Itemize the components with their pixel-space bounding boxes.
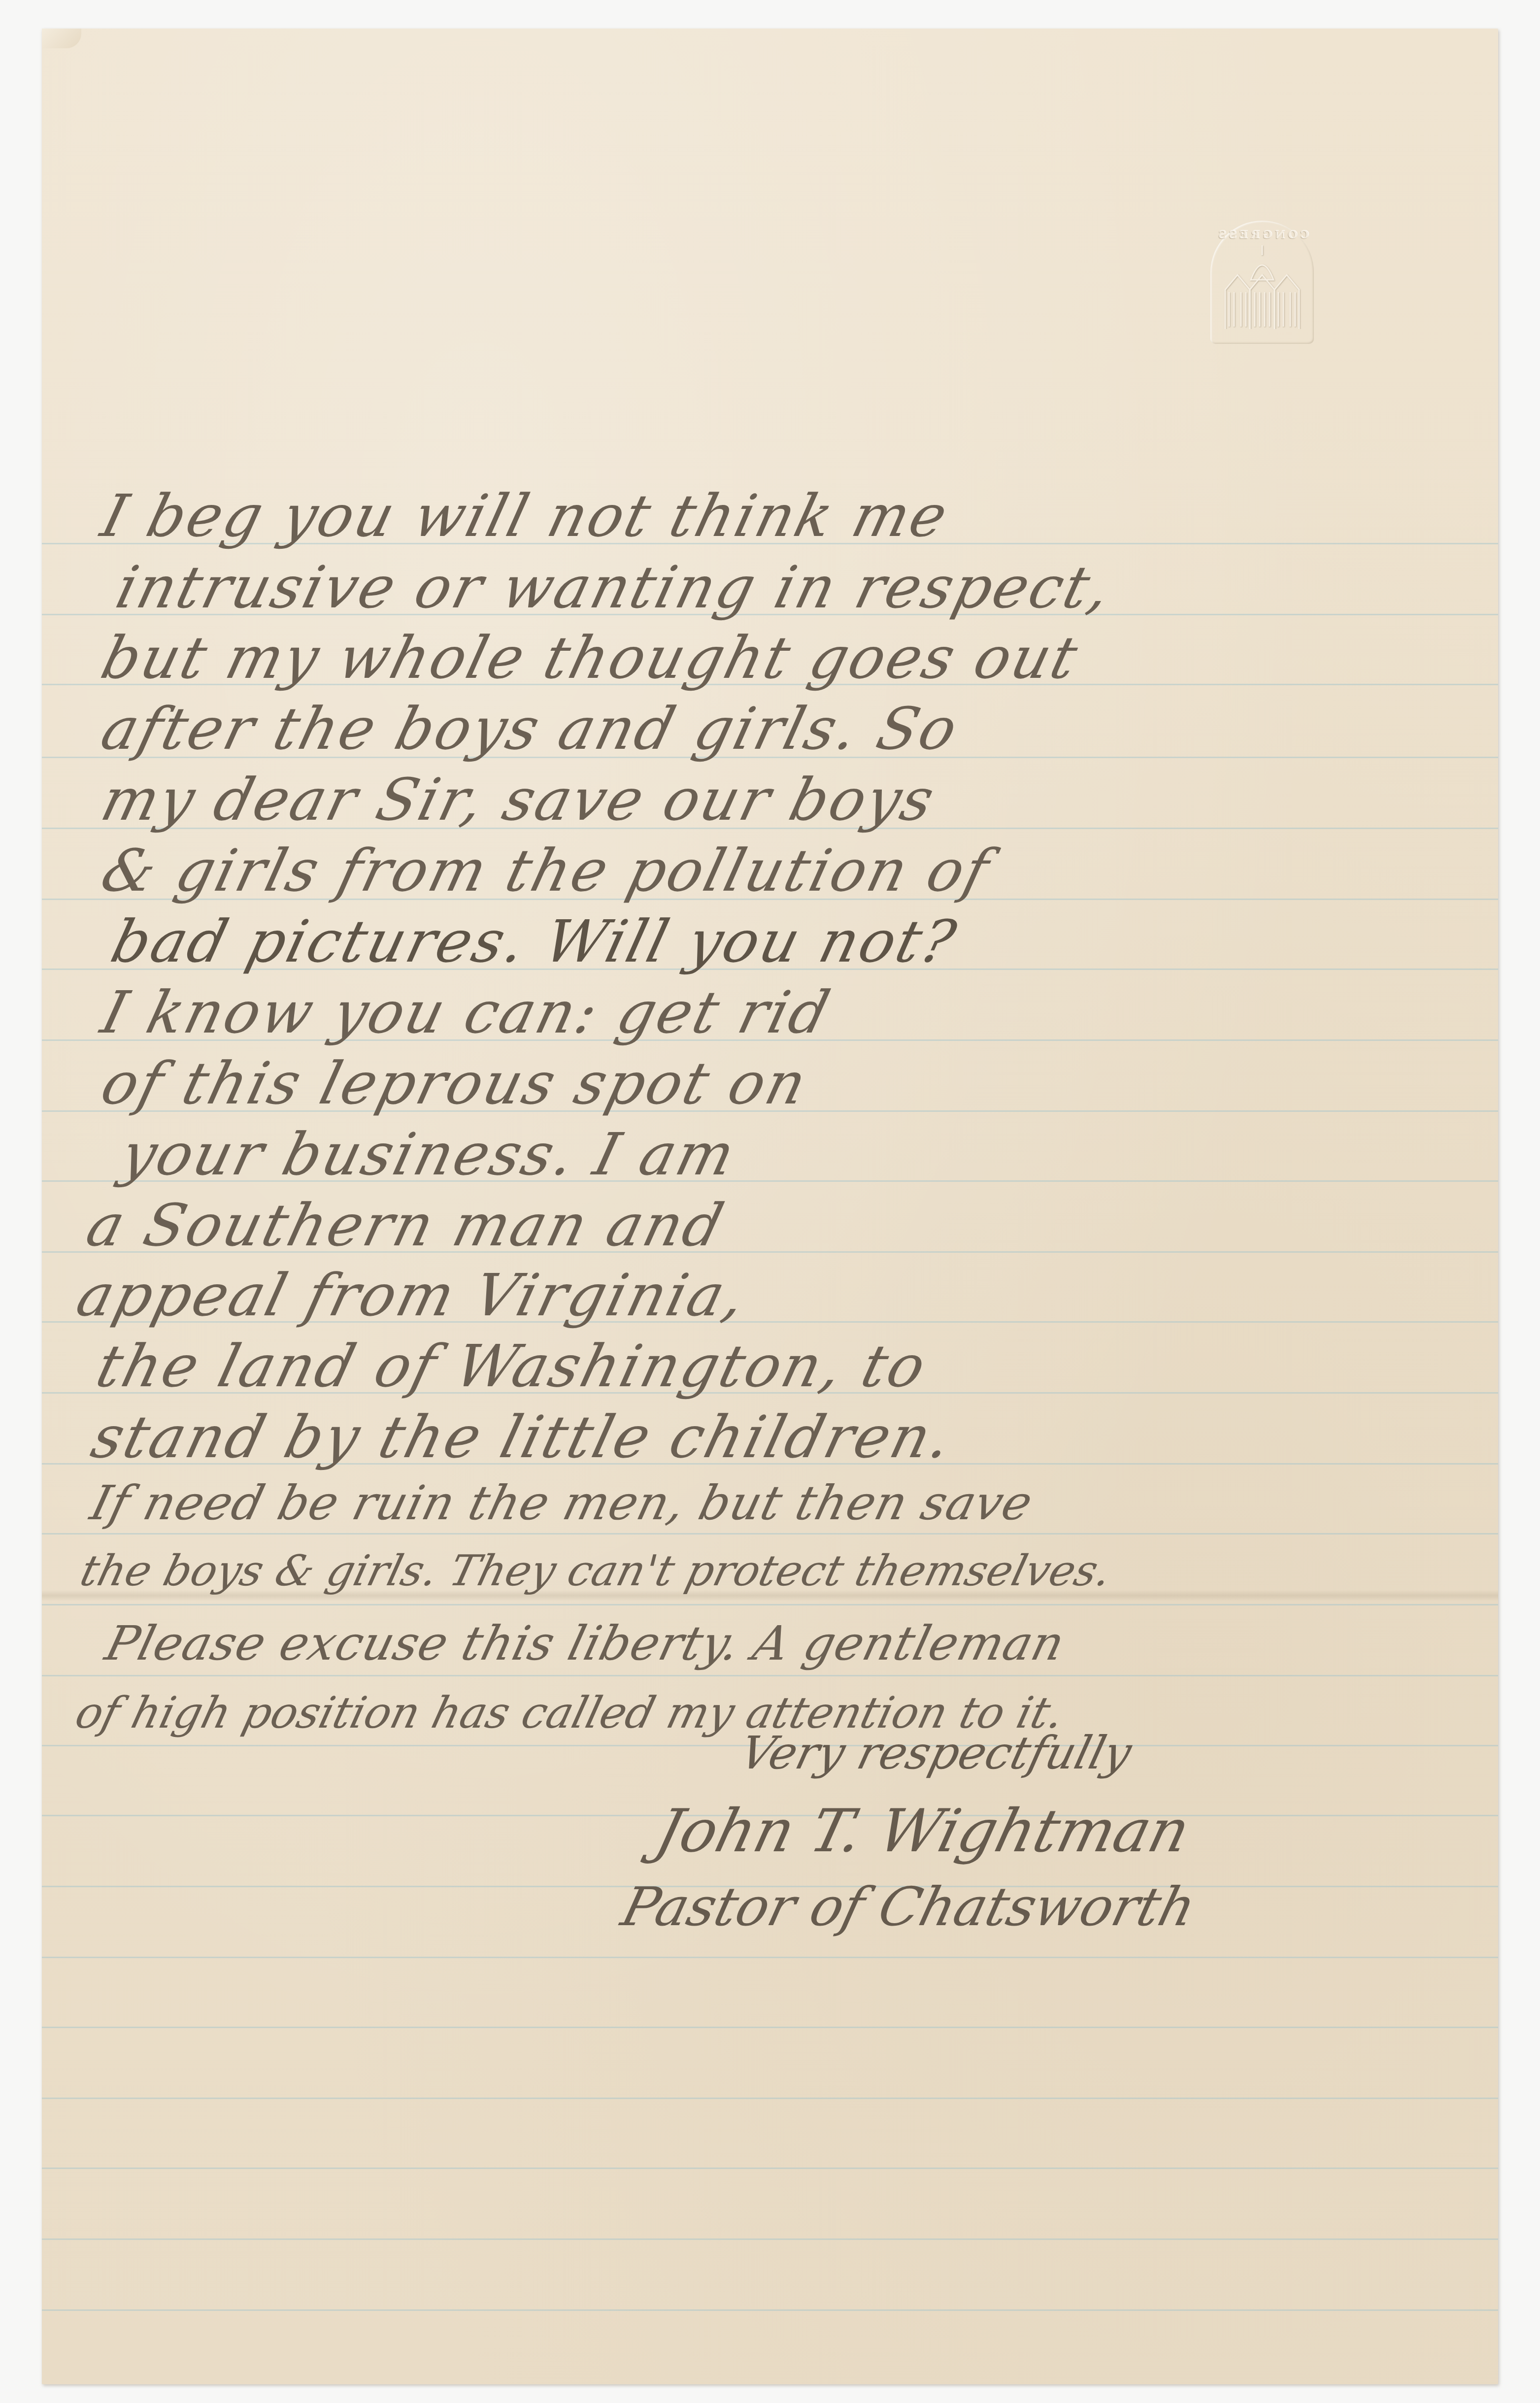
letter-line: the boys & girls. They can't protect the… [76,1550,1116,1592]
ruled-line [42,1533,1498,1535]
letter-line: a Southern man and [81,1196,731,1254]
letter-line: appeal from Virginia, [71,1266,753,1324]
ruled-line [42,2168,1498,2169]
letter-line: your business. I am [116,1125,742,1183]
seal-text: CONGRESS [1215,229,1309,241]
ruled-line [42,2098,1498,2099]
letter-line: the land of Washington, to [91,1337,933,1395]
letter-line: I beg you will not think me [96,487,955,545]
letter-line: stand by the little children. [86,1408,959,1466]
valediction: Very respectfully [736,1731,1136,1776]
signature: John T. Wightman [650,1802,1195,1861]
ruled-line [42,2027,1498,2028]
ruled-line [42,1957,1498,1958]
letter-line: bad pictures. Will you not? [106,912,963,970]
letter-page: CONGRESS I beg you will not think me int… [42,29,1498,2384]
letter-line: my dear Sir, save our boys [96,770,941,829]
letter-line: Please excuse this liberty. A gentleman [101,1620,1070,1667]
ruled-line [42,2238,1498,2240]
letter-line: intrusive or wanting in respect, [111,558,1118,616]
letter-line: of this leprous spot on [96,1054,814,1112]
letter-line: & girls from the pollution of [96,841,996,900]
ruled-line [42,1675,1498,1676]
embossed-congress-seal: CONGRESS [1210,221,1314,344]
ruled-line [42,1604,1498,1605]
capitol-building-icon [1220,245,1304,329]
ruled-line [42,2309,1498,2311]
letter-line: If need be ruin the men, but then save [86,1479,1038,1527]
letter-line: after the boys and girls. So [96,700,965,758]
letter-line: but my whole thought goes out [96,629,1085,687]
signer-title: Pastor of Chatsworth [617,1881,1201,1934]
letter-line: I know you can: get rid [96,983,837,1041]
